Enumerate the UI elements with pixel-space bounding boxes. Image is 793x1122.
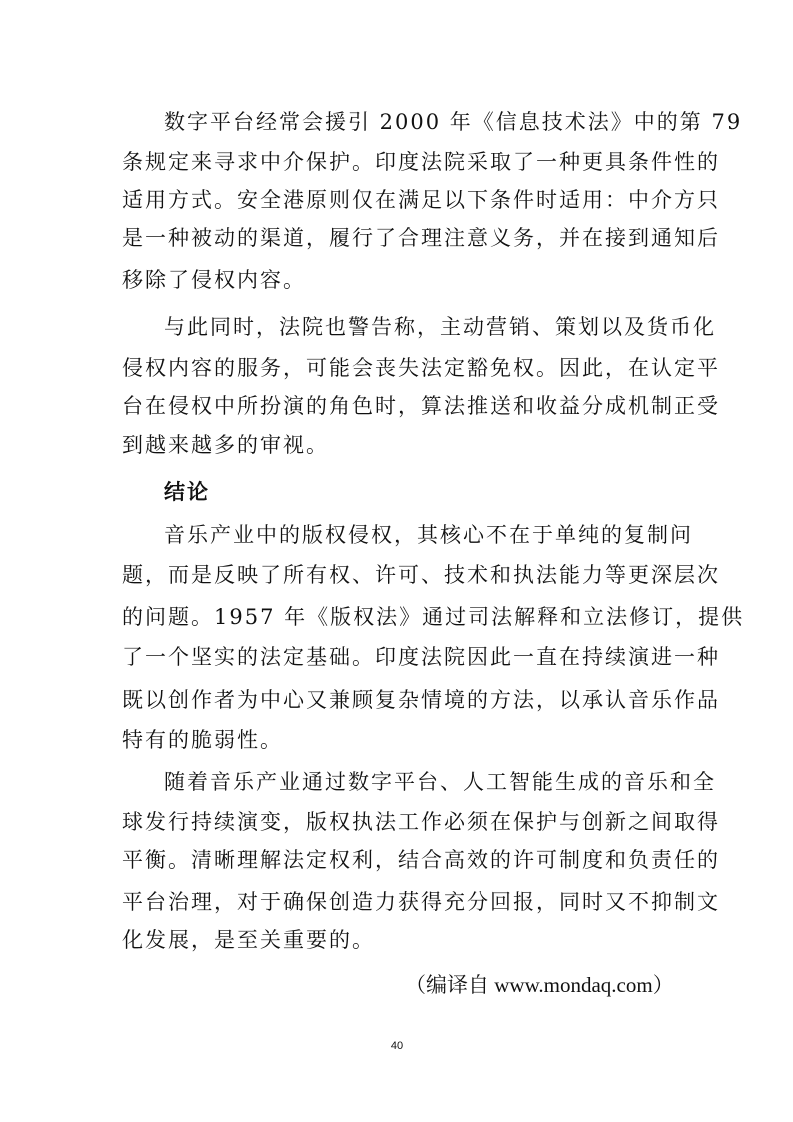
- paragraph-2-line-2: 侵权内容的服务，可能会丧失法定豁免权。因此，在认定平: [122, 348, 670, 388]
- paragraph-4-line-4: 平台治理，对于确保创造力获得充分回报，同时又不抑制文: [122, 882, 670, 922]
- source-attribution: （编译自 www.mondaq.com）: [405, 965, 670, 1005]
- paragraph-2-line-4: 到越来越多的审视。: [122, 425, 670, 465]
- paragraph-4-line-2: 球发行持续演变，版权执法工作必须在保护与创新之间取得: [122, 802, 670, 842]
- section-heading-conclusion: 结论: [164, 472, 210, 512]
- document-page: 数字平台经常会援引 2000 年《信息技术法》中的第 79 条规定来寻求中介保护…: [0, 0, 793, 1122]
- paragraph-2-line-1: 与此同时，法院也警告称，主动营销、策划以及货币化: [164, 307, 670, 347]
- paragraph-2-line-3: 台在侵权中所扮演的角色时，算法推送和收益分成机制正受: [122, 386, 670, 426]
- paragraph-3-line-3: 的问题。1957 年《版权法》通过司法解释和立法修订，提供: [122, 597, 670, 637]
- paragraph-1-line-3: 适用方式。安全港原则仅在满足以下条件时适用：中介方只: [122, 180, 670, 220]
- paragraph-1-line-2: 条规定来寻求中介保护。印度法院采取了一种更具条件性的: [122, 142, 670, 182]
- paragraph-1-line-4: 是一种被动的渠道，履行了合理注意义务，并在接到通知后: [122, 218, 670, 258]
- paragraph-1-line-1: 数字平台经常会援引 2000 年《信息技术法》中的第 79: [164, 102, 670, 142]
- paragraph-4-line-3: 平衡。清晰理解法定权利，结合高效的许可制度和负责任的: [122, 840, 670, 880]
- paragraph-4-line-5: 化发展，是至关重要的。: [122, 920, 670, 960]
- paragraph-3-line-6: 特有的脆弱性。: [122, 720, 670, 760]
- paragraph-3-line-5: 既以创作者为中心又兼顾复杂情境的方法，以承认音乐作品: [122, 680, 670, 720]
- paragraph-3-line-4: 了一个坚实的法定基础。印度法院因此一直在持续演进一种: [122, 637, 670, 677]
- page-number: 40: [386, 1040, 408, 1052]
- paragraph-4-line-1: 随着音乐产业通过数字平台、人工智能生成的音乐和全: [164, 762, 670, 802]
- paragraph-3-line-1: 音乐产业中的版权侵权，其核心不在于单纯的复制问: [164, 515, 670, 555]
- paragraph-1-line-5: 移除了侵权内容。: [122, 260, 670, 300]
- paragraph-3-line-2: 题，而是反映了所有权、许可、技术和执法能力等更深层次: [122, 555, 670, 595]
